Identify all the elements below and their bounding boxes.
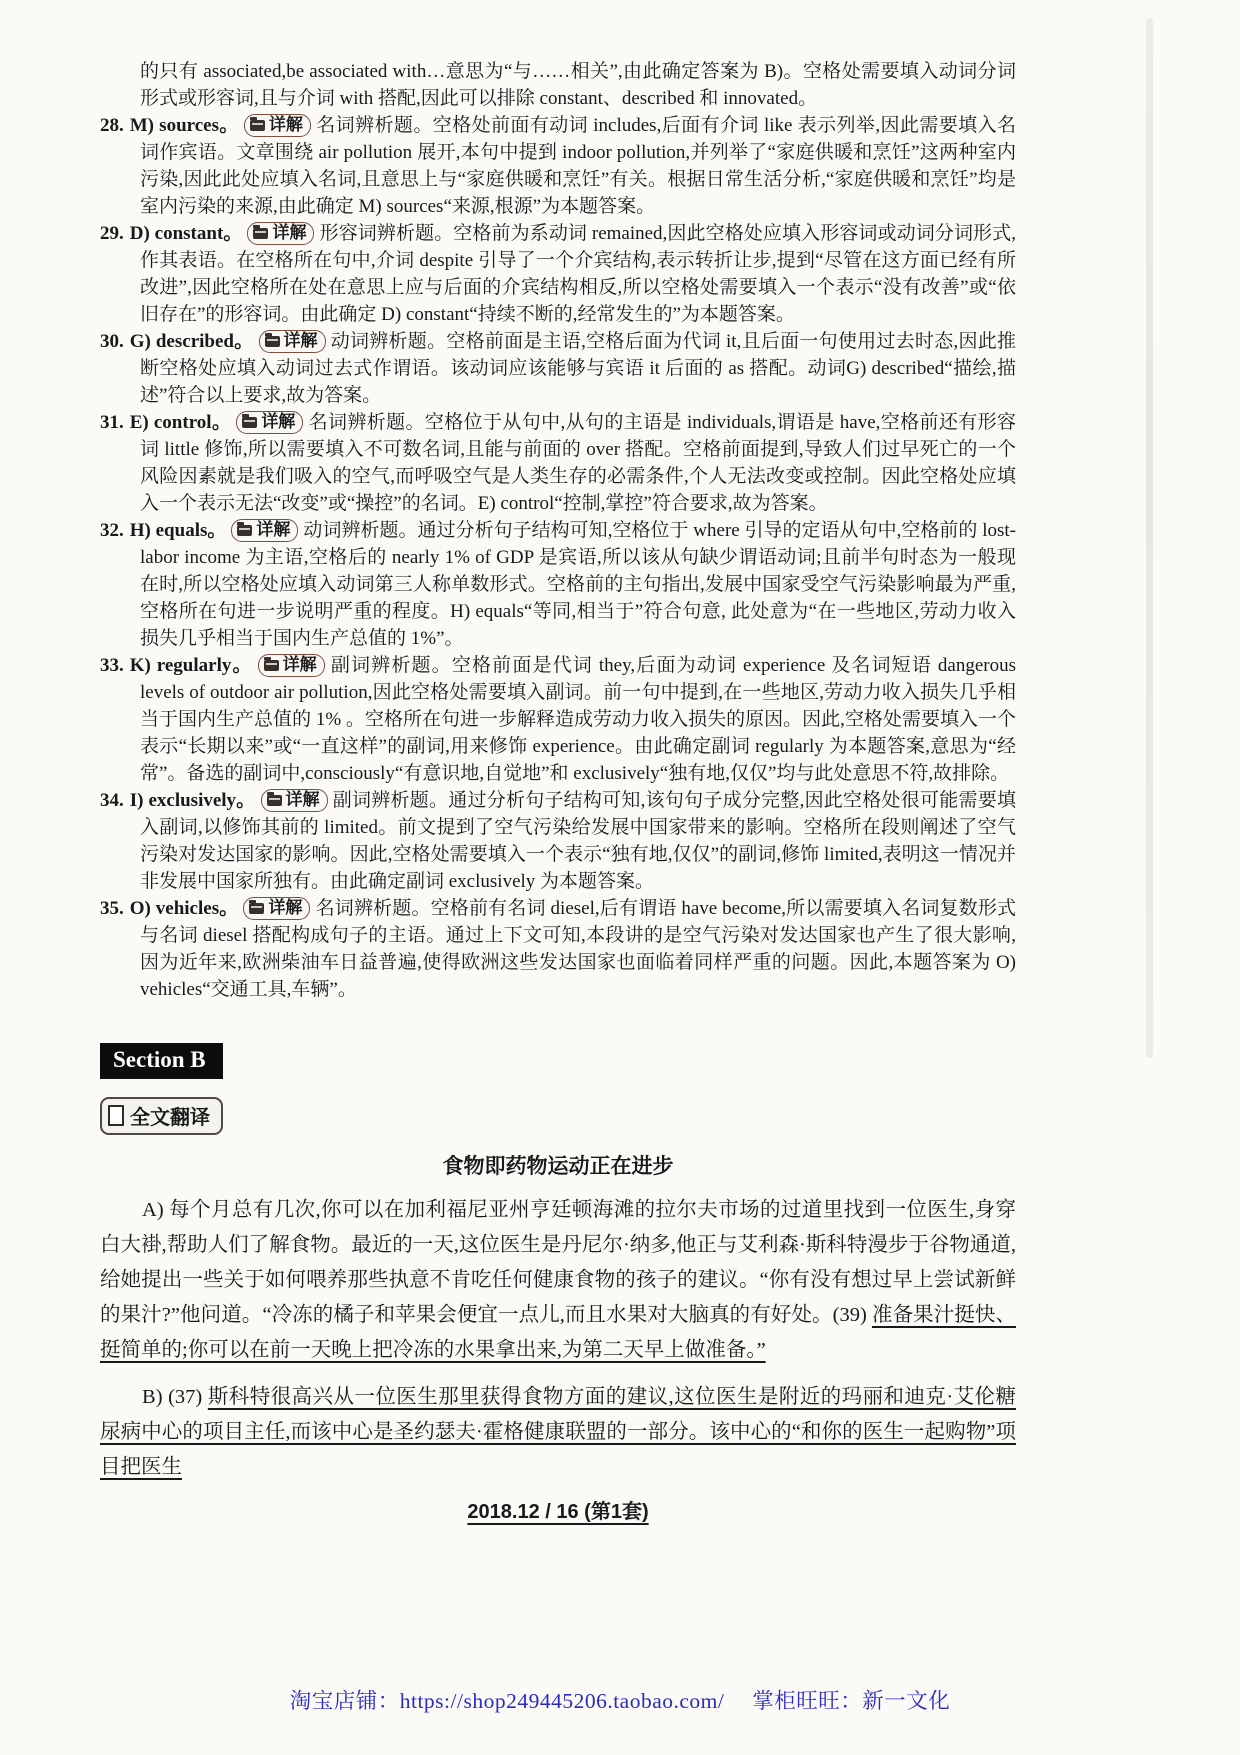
- item-answer: D) constant。: [130, 223, 243, 244]
- folder-icon: [250, 120, 265, 131]
- item-number: 35.: [100, 898, 124, 919]
- paragraph-b-text: B) (37): [142, 1386, 208, 1408]
- detail-badge-label: 详解: [272, 223, 306, 242]
- answer-item-30: 30.G) described。详解动词辨析题。空格前面是主语,空格后面为代词 …: [100, 328, 1016, 409]
- translation-paragraph-a: A) 每个月总有几次,你可以在加利福尼亚州亨廷顿海滩的拉尔夫市场的过道里找到一位…: [100, 1193, 1016, 1368]
- page-footer-text: 2018.12 / 16 (第1套): [467, 1501, 648, 1523]
- translation-header: 全文翻译: [100, 1079, 1016, 1135]
- detail-badge: 详解: [258, 654, 325, 677]
- item-number: 28.: [100, 115, 124, 136]
- section-b-badge: Section B: [100, 1043, 223, 1079]
- detail-badge: 详解: [236, 411, 303, 434]
- section-b-header: Section B: [100, 1003, 1016, 1079]
- folder-icon: [267, 795, 282, 806]
- item-answer: K) regularly。: [130, 655, 253, 676]
- folder-icon: [253, 228, 268, 239]
- answer-item-32: 32.H) equals。详解动词辨析题。通过分析句子结构可知,空格位于 whe…: [100, 517, 1016, 652]
- intro-paragraph: 的只有 associated,be associated with…意思为“与……: [100, 58, 1016, 112]
- answer-item-35: 35.O) vehicles。详解名词辨析题。空格前有名词 diesel,后有谓…: [100, 895, 1016, 1003]
- detail-badge: 详解: [244, 114, 311, 137]
- item-number: 31.: [100, 412, 124, 433]
- item-number: 33.: [100, 655, 124, 676]
- intro-text: 的只有 associated,be associated with…意思为“与……: [140, 61, 1016, 109]
- translation-badge-label: 全文翻译: [130, 1101, 210, 1130]
- page-icon: [108, 1105, 124, 1126]
- folder-icon: [242, 417, 257, 428]
- answer-item-29: 29.D) constant。详解形容词辨析题。空格前为系动词 remained…: [100, 220, 1016, 328]
- item-answer: G) described。: [130, 331, 254, 352]
- detail-badge: 详解: [243, 897, 310, 920]
- detail-badge: 详解: [231, 519, 298, 542]
- page-content: 的只有 associated,be associated with…意思为“与……: [100, 58, 1016, 1524]
- detail-badge: 详解: [259, 330, 326, 353]
- detail-badge-label: 详解: [284, 331, 318, 350]
- item-answer: H) equals。: [130, 520, 227, 541]
- scan-artifact-streak: [1146, 18, 1153, 1058]
- folder-icon: [265, 336, 280, 347]
- folder-icon: [264, 660, 279, 671]
- item-answer: M) sources。: [130, 115, 239, 136]
- detail-badge-label: 详解: [269, 115, 303, 134]
- page-footer: 2018.12 / 16 (第1套): [100, 1495, 1016, 1524]
- detail-badge: 详解: [247, 222, 314, 245]
- detail-badge-label: 详解: [261, 412, 295, 431]
- scanned-answer-page: { "badge_label": "详解", "intro": "的只有 ass…: [0, 0, 1240, 1755]
- shop-info-line: 淘宝店铺：https://shop249445206.taobao.com/ 掌…: [0, 1684, 1240, 1715]
- item-number: 29.: [100, 223, 124, 244]
- item-number: 34.: [100, 790, 124, 811]
- detail-badge-label: 详解: [256, 520, 290, 539]
- detail-badge-label: 详解: [286, 790, 320, 809]
- detail-badge-label: 详解: [283, 655, 317, 674]
- shop-info-text: 淘宝店铺：https://shop249445206.taobao.com/ 掌…: [290, 1689, 951, 1713]
- detail-badge: 详解: [261, 789, 328, 812]
- translation-badge: 全文翻译: [100, 1097, 223, 1135]
- folder-icon: [249, 903, 264, 914]
- explanation-section: 的只有 associated,be associated with…意思为“与……: [100, 58, 1016, 1003]
- item-number: 32.: [100, 520, 124, 541]
- translation-paragraph-b: B) (37) 斯科特很高兴从一位医生那里获得食物方面的建议,这位医生是附近的玛…: [100, 1380, 1016, 1485]
- item-answer: I) exclusively。: [130, 790, 256, 811]
- answer-item-34: 34.I) exclusively。详解副词辨析题。通过分析句子结构可知,该句句…: [100, 787, 1016, 895]
- folder-icon: [237, 525, 252, 536]
- answer-item-31: 31.E) control。详解名词辨析题。空格位于从句中,从句的主语是 ind…: [100, 409, 1016, 517]
- answer-item-28: 28.M) sources。详解名词辨析题。空格处前面有动词 includes,…: [100, 112, 1016, 220]
- answer-item-33: 33.K) regularly。详解副词辨析题。空格前面是代词 they,后面为…: [100, 652, 1016, 787]
- item-answer: E) control。: [130, 412, 232, 433]
- paragraph-b-underlined-text: 斯科特很高兴从一位医生那里获得食物方面的建议,这位医生是附近的玛丽和迪克·艾伦糖…: [100, 1386, 1016, 1478]
- detail-badge-label: 详解: [268, 898, 302, 917]
- translation-title: 食物即药物运动正在进步: [100, 1151, 1016, 1181]
- item-answer: O) vehicles。: [130, 898, 239, 919]
- item-number: 30.: [100, 331, 124, 352]
